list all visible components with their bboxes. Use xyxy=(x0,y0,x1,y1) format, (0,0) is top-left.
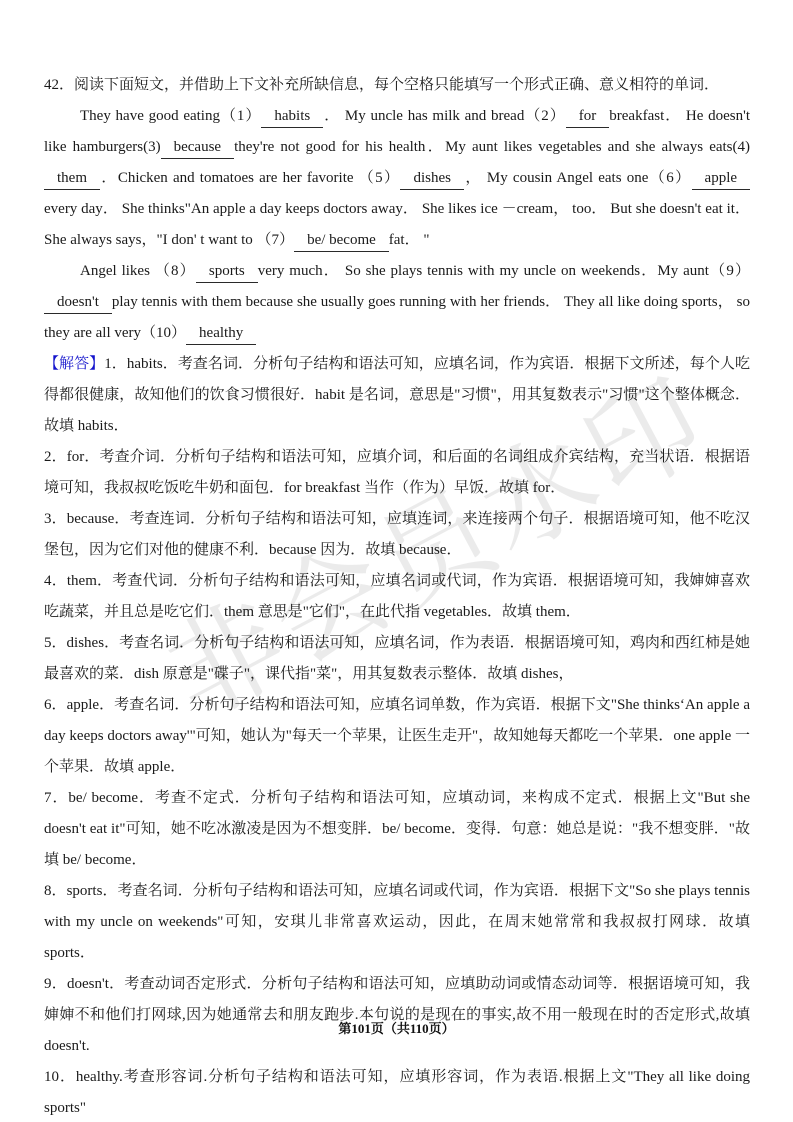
answer-item: 6．apple．考查名词．分析句子结构和语法可知，应填名词单数，作为宾语．根据下… xyxy=(44,690,750,783)
answer-item: 2．for．考查介词．分析句子结构和语法可知，应填介词，和后面的名词组成介宾结构… xyxy=(44,442,750,504)
fill-blank-answer: doesn't xyxy=(44,293,112,314)
passage-paragraph: They have good eating（1）habits． My uncle… xyxy=(44,101,750,256)
answers: 【解答】1．habits．考查名词．分析句子结构和语法可知，应填名词，作为宾语．… xyxy=(44,349,750,1122)
fill-blank-answer: sports xyxy=(196,262,258,283)
answer-item: 5．dishes．考查名词．分析句子结构和语法可知，应填名词，作为表语．根据语境… xyxy=(44,628,750,690)
fill-blank-answer: dishes xyxy=(400,169,464,190)
fill-blank-answer: be/ become xyxy=(294,231,389,252)
fill-blank-answer: for xyxy=(566,107,610,128)
page-footer: 第101页（共110页） xyxy=(0,1019,793,1039)
answer-item: 3．because．考查连词．分析句子结构和语法可知，应填连词，来连接两个句子．… xyxy=(44,504,750,566)
document-page: 非会员水印 42．阅读下面短文，并借助上下文补充所缺信息，每个空格只能填写一个形… xyxy=(0,0,793,1122)
answer-item: 9．doesn't．考查动词否定形式．分析句子结构和语法可知，应填助动词或情态动… xyxy=(44,969,750,1062)
passage: They have good eating（1）habits． My uncle… xyxy=(44,101,750,349)
passage-paragraph: Angel likes （8）sportsvery much． So she p… xyxy=(44,256,750,349)
answer-item: 10．healthy.考查形容词.分析句子结构和语法可知，应填形容词，作为表语.… xyxy=(44,1062,750,1122)
fill-blank-answer: them xyxy=(44,169,100,190)
fill-blank-answer: habits xyxy=(261,107,323,128)
answer-section-label: 【解答】 xyxy=(44,356,104,372)
fill-blank-answer: healthy xyxy=(186,324,256,345)
answer-item: 8．sports．考查名词．分析句子结构和语法可知，应填名词或代词，作为宾语．根… xyxy=(44,876,750,969)
answer-item: 【解答】1．habits．考查名词．分析句子结构和语法可知，应填名词，作为宾语．… xyxy=(44,349,750,442)
question-prompt: 42．阅读下面短文，并借助上下文补充所缺信息，每个空格只能填写一个形式正确、意义… xyxy=(44,70,750,101)
fill-blank-answer: apple xyxy=(692,169,750,190)
answer-item: 4．them．考查代词．分析句子结构和语法可知，应填名词或代词，作为宾语．根据语… xyxy=(44,566,750,628)
answer-item: 7．be/ become．考查不定式．分析句子结构和语法可知，应填动词，来构成不… xyxy=(44,783,750,876)
fill-blank-answer: because xyxy=(161,138,234,159)
page-content: 42．阅读下面短文，并借助上下文补充所缺信息，每个空格只能填写一个形式正确、意义… xyxy=(44,70,750,1122)
